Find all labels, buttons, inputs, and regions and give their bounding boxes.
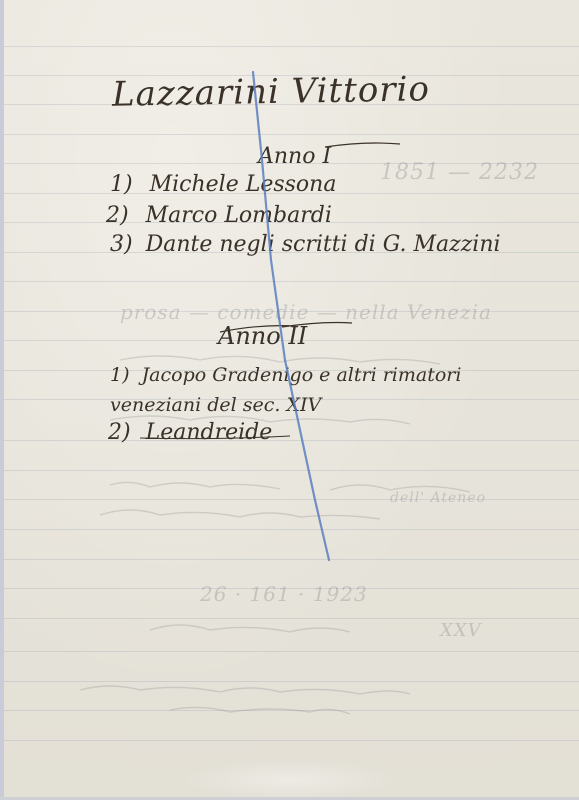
list-item-text: Marco Lombardi	[146, 203, 332, 228]
list-item: 1) Jacopo Gradenigo e altri rimatori ven…	[110, 360, 550, 420]
list-item-number: 2)	[106, 203, 129, 228]
list-item: 2) Leandreide	[108, 420, 272, 445]
list-item: 3) Dante negli scritti di G. Mazzini	[110, 232, 501, 257]
list-item-number: 2)	[108, 420, 131, 445]
paper-stain	[180, 760, 400, 800]
list-item-number: 1)	[110, 172, 133, 197]
manuscript-page: 1851 — 2232 prosa — comedie — nella Vene…	[0, 0, 579, 800]
section-heading: Anno II	[218, 322, 307, 350]
list-item-text: Jacopo Gradenigo e altri rimatori venezi…	[110, 364, 461, 416]
list-item: 1) Michele Lessona	[110, 172, 336, 197]
list-item-text: Michele Lessona	[150, 172, 337, 197]
list-item-text: Dante negli scritti di G. Mazzini	[146, 232, 501, 257]
list-item-number: 1)	[110, 364, 130, 386]
list-item: 2) Marco Lombardi	[106, 203, 332, 228]
list-item-number: 3)	[110, 232, 133, 257]
list-item-text: Leandreide	[146, 420, 273, 445]
